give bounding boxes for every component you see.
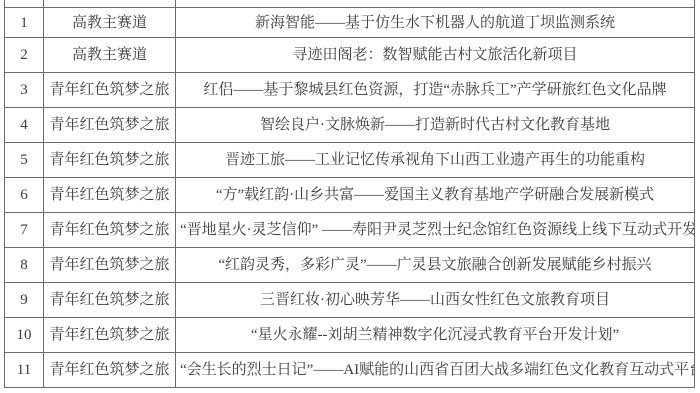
table-row: 9 青年红色筑梦之旅 三晋红妆·初心映芳华——山西女性红色文旅教育项目 bbox=[5, 283, 695, 318]
project-cell: 晋迹工旅——工业记忆传承视角下山西工业遗产再生的功能重构 bbox=[176, 143, 695, 178]
project-cell: “红韵灵秀，多彩广灵”——广灵县文旅融合创新发展赋能乡村振兴 bbox=[176, 248, 695, 283]
document-page: 1 高教主赛道 新海智能——基于仿生水下机器人的航道丁坝监测系统 2 高教主赛道… bbox=[4, 0, 695, 393]
row-number-cell: 11 bbox=[5, 353, 44, 388]
table-row: 3 青年红色筑梦之旅 红侣——基于黎城县红色资源，打造“赤脉兵工”产学研旅红色文… bbox=[5, 73, 695, 108]
project-cell: “晋地星火·灵芝信仰” ——寿阳尹灵芝烈士纪念馆红色资源线上线下互动式开发 bbox=[176, 213, 695, 248]
row-number-cell: 6 bbox=[5, 178, 44, 213]
track-cell: 青年红色筑梦之旅 bbox=[44, 73, 176, 108]
table-row: 7 青年红色筑梦之旅 “晋地星火·灵芝信仰” ——寿阳尹灵芝烈士纪念馆红色资源线… bbox=[5, 213, 695, 248]
row-number-cell: 1 bbox=[5, 8, 44, 38]
row-number-cell: 3 bbox=[5, 73, 44, 108]
project-cell: “会生长的烈士日记”——AI赋能的山西省百团大战多端红色文化教育互动式平台 bbox=[176, 353, 695, 388]
row-number-cell: 8 bbox=[5, 248, 44, 283]
row-number-cell: 2 bbox=[5, 38, 44, 73]
table-row: 8 青年红色筑梦之旅 “红韵灵秀，多彩广灵”——广灵县文旅融合创新发展赋能乡村振… bbox=[5, 248, 695, 283]
table-row: 10 青年红色筑梦之旅 “星火永耀--刘胡兰精神数字化沉浸式教育平台开发计划” bbox=[5, 318, 695, 353]
project-cell: 新海智能——基于仿生水下机器人的航道丁坝监测系统 bbox=[176, 8, 695, 38]
row-number-cell: 7 bbox=[5, 213, 44, 248]
row-number-cell: 10 bbox=[5, 318, 44, 353]
project-cell: “方”载红韵·山乡共富——爱国主义教育基地产学研融合发展新模式 bbox=[176, 178, 695, 213]
row-number-cell: 4 bbox=[5, 108, 44, 143]
project-cell bbox=[176, 0, 695, 8]
track-cell: 青年红色筑梦之旅 bbox=[44, 283, 176, 318]
track-cell: 青年红色筑梦之旅 bbox=[44, 353, 176, 388]
project-list-table: 1 高教主赛道 新海智能——基于仿生水下机器人的航道丁坝监测系统 2 高教主赛道… bbox=[4, 0, 695, 388]
row-number-cell: 5 bbox=[5, 143, 44, 178]
row-number-cell bbox=[5, 0, 44, 8]
track-cell: 青年红色筑梦之旅 bbox=[44, 248, 176, 283]
table-row: 5 青年红色筑梦之旅 晋迹工旅——工业记忆传承视角下山西工业遗产再生的功能重构 bbox=[5, 143, 695, 178]
row-number-cell: 9 bbox=[5, 283, 44, 318]
track-cell: 高教主赛道 bbox=[44, 38, 176, 73]
table-row: 1 高教主赛道 新海智能——基于仿生水下机器人的航道丁坝监测系统 bbox=[5, 8, 695, 38]
track-cell: 青年红色筑梦之旅 bbox=[44, 213, 176, 248]
project-cell: 三晋红妆·初心映芳华——山西女性红色文旅教育项目 bbox=[176, 283, 695, 318]
track-cell: 青年红色筑梦之旅 bbox=[44, 108, 176, 143]
track-cell bbox=[44, 0, 176, 8]
table-row: 6 青年红色筑梦之旅 “方”载红韵·山乡共富——爱国主义教育基地产学研融合发展新… bbox=[5, 178, 695, 213]
project-cell: 红侣——基于黎城县红色资源，打造“赤脉兵工”产学研旅红色文化品牌 bbox=[176, 73, 695, 108]
project-cell: “星火永耀--刘胡兰精神数字化沉浸式教育平台开发计划” bbox=[176, 318, 695, 353]
table-row: 4 青年红色筑梦之旅 智绘良户·文脉焕新——打造新时代古村文化教育基地 bbox=[5, 108, 695, 143]
table-row: 2 高教主赛道 寻迹田阁老：数智赋能古村文旅活化新项目 bbox=[5, 38, 695, 73]
track-cell: 青年红色筑梦之旅 bbox=[44, 143, 176, 178]
project-cell: 寻迹田阁老：数智赋能古村文旅活化新项目 bbox=[176, 38, 695, 73]
table-row: 11 青年红色筑梦之旅 “会生长的烈士日记”——AI赋能的山西省百团大战多端红色… bbox=[5, 353, 695, 388]
track-cell: 青年红色筑梦之旅 bbox=[44, 318, 176, 353]
table-row-cutoff bbox=[5, 0, 695, 8]
track-cell: 高教主赛道 bbox=[44, 8, 176, 38]
track-cell: 青年红色筑梦之旅 bbox=[44, 178, 176, 213]
project-cell: 智绘良户·文脉焕新——打造新时代古村文化教育基地 bbox=[176, 108, 695, 143]
